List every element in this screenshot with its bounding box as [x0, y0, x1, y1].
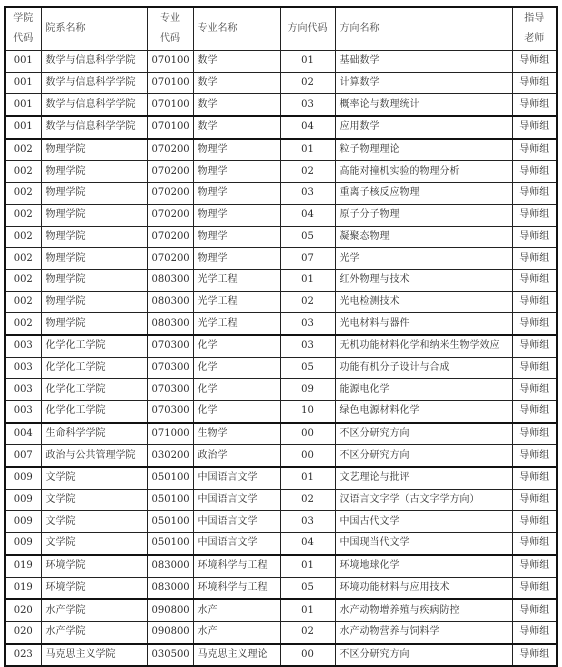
cell-major-code: 070200 [147, 139, 193, 161]
cell-direction-name: 能源电化学 [335, 379, 512, 401]
cell-major-name: 化学 [193, 335, 280, 357]
cell-major-code: 070100 [147, 72, 193, 94]
cell-major-code: 080300 [147, 269, 193, 291]
table-row: 002物理学院070200物理学03重离子核反应物理导师组 [5, 183, 557, 205]
cell-school-code: 009 [5, 533, 41, 555]
cell-school-code: 001 [5, 51, 41, 73]
cell-school-code: 003 [5, 357, 41, 379]
cell-direction-name: 光电检测技术 [335, 291, 512, 313]
cell-major-code: 070200 [147, 183, 193, 205]
cell-major-name: 物理学 [193, 139, 280, 161]
cell-major-code: 050100 [147, 489, 193, 511]
cell-school-code: 002 [5, 248, 41, 270]
cell-major-name: 物理学 [193, 161, 280, 183]
cell-major-code: 090800 [147, 599, 193, 621]
cell-school-code: 003 [5, 379, 41, 401]
cell-major-code: 070300 [147, 335, 193, 357]
table-row: 001数学与信息科学学院070100数学03概率论与数理统计导师组 [5, 94, 557, 116]
cell-major-name: 生物学 [193, 423, 280, 445]
cell-major-name: 数学 [193, 94, 280, 116]
cell-direction-code: 03 [280, 511, 335, 533]
cell-direction-name: 功能有机分子设计与合成 [335, 357, 512, 379]
cell-direction-code: 02 [280, 621, 335, 643]
cell-school-name: 生命科学学院 [41, 423, 147, 445]
header-direction-name: 方向名称 [335, 7, 512, 51]
cell-major-code: 070200 [147, 226, 193, 248]
cell-major-name: 环境科学与工程 [193, 555, 280, 577]
cell-school-code: 003 [5, 401, 41, 423]
cell-school-code: 002 [5, 313, 41, 335]
cell-direction-code: 00 [280, 644, 335, 667]
cell-advisor: 导师组 [512, 139, 557, 161]
header-advisor: 指导 老师 [512, 7, 557, 51]
cell-major-name: 马克思主义理论 [193, 644, 280, 667]
cell-major-code: 030500 [147, 644, 193, 667]
table-row: 001数学与信息科学学院070100数学02计算数学导师组 [5, 72, 557, 94]
cell-major-name: 政治学 [193, 445, 280, 467]
table-row: 019环境学院083000环境科学与工程01环境地球化学导师组 [5, 555, 557, 577]
header-school-code-line2: 代码 [13, 33, 33, 44]
cell-direction-code: 01 [280, 269, 335, 291]
cell-direction-code: 02 [280, 72, 335, 94]
header-school-code-line1: 学院 [13, 13, 33, 24]
cell-school-name: 物理学院 [41, 226, 147, 248]
cell-direction-name: 不区分研究方向 [335, 423, 512, 445]
cell-direction-name: 基础数学 [335, 51, 512, 73]
table-body: 001数学与信息科学学院070100数学01基础数学导师组001数学与信息科学学… [5, 51, 557, 667]
table-row: 023马克思主义学院030500马克思主义理论00不区分研究方向导师组 [5, 644, 557, 667]
cell-advisor: 导师组 [512, 161, 557, 183]
cell-direction-code: 07 [280, 248, 335, 270]
cell-direction-code: 02 [280, 489, 335, 511]
table-row: 003化学化工学院070300化学10绿色电源材料化学导师组 [5, 401, 557, 423]
header-major-code: 专业 代码 [147, 7, 193, 51]
cell-major-code: 083000 [147, 555, 193, 577]
cell-direction-code: 02 [280, 291, 335, 313]
cell-direction-name: 水产动物增养殖与疾病防控 [335, 599, 512, 621]
cell-school-name: 数学与信息科学学院 [41, 94, 147, 116]
cell-school-code: 007 [5, 445, 41, 467]
cell-school-code: 002 [5, 269, 41, 291]
cell-major-name: 中国语言文学 [193, 511, 280, 533]
cell-school-name: 化学化工学院 [41, 401, 147, 423]
cell-school-name: 化学化工学院 [41, 379, 147, 401]
cell-direction-code: 01 [280, 139, 335, 161]
cell-direction-name: 高能对撞机实验的物理分析 [335, 161, 512, 183]
cell-school-code: 020 [5, 621, 41, 643]
cell-advisor: 导师组 [512, 94, 557, 116]
cell-major-name: 环境科学与工程 [193, 577, 280, 599]
table-row: 003化学化工学院070300化学03无机功能材料化学和纳米生物学效应导师组 [5, 335, 557, 357]
cell-direction-name: 重离子核反应物理 [335, 183, 512, 205]
cell-direction-name: 环境功能材料与应用技术 [335, 577, 512, 599]
cell-major-name: 化学 [193, 379, 280, 401]
cell-advisor: 导师组 [512, 489, 557, 511]
cell-school-name: 物理学院 [41, 248, 147, 270]
cell-major-code: 070300 [147, 357, 193, 379]
header-direction-code: 方向代码 [280, 7, 335, 51]
cell-direction-code: 03 [280, 335, 335, 357]
table-row: 002物理学院070200物理学01粒子物理理论导师组 [5, 139, 557, 161]
cell-school-code: 019 [5, 577, 41, 599]
cell-direction-name: 凝聚态物理 [335, 226, 512, 248]
cell-major-code: 050100 [147, 511, 193, 533]
header-school-name: 院系名称 [41, 7, 147, 51]
table-row: 019环境学院083000环境科学与工程05环境功能材料与应用技术导师组 [5, 577, 557, 599]
cell-direction-code: 04 [280, 533, 335, 555]
cell-major-name: 化学 [193, 401, 280, 423]
cell-school-name: 马克思主义学院 [41, 644, 147, 667]
cell-school-code: 020 [5, 599, 41, 621]
cell-school-name: 化学化工学院 [41, 335, 147, 357]
cell-major-code: 050100 [147, 533, 193, 555]
cell-major-name: 数学 [193, 116, 280, 139]
table-header: 学院 代码 院系名称 专业 代码 专业名称 方向代码 方向名称 指导 老师 [5, 7, 557, 51]
cell-major-name: 水产 [193, 599, 280, 621]
cell-direction-name: 概率论与数理统计 [335, 94, 512, 116]
cell-advisor: 导师组 [512, 467, 557, 489]
table-row: 002物理学院080300光学工程03光电材料与器件导师组 [5, 313, 557, 335]
cell-direction-code: 04 [280, 116, 335, 139]
table-row: 003化学化工学院070300化学05功能有机分子设计与合成导师组 [5, 357, 557, 379]
cell-direction-name: 原子分子物理 [335, 204, 512, 226]
cell-direction-name: 光电材料与器件 [335, 313, 512, 335]
cell-direction-name: 汉语言文字学（古文字学方向） [335, 489, 512, 511]
cell-direction-code: 03 [280, 313, 335, 335]
cell-advisor: 导师组 [512, 445, 557, 467]
cell-school-name: 物理学院 [41, 204, 147, 226]
cell-advisor: 导师组 [512, 183, 557, 205]
header-major-name: 专业名称 [193, 7, 280, 51]
cell-school-name: 环境学院 [41, 577, 147, 599]
cell-school-code: 009 [5, 489, 41, 511]
cell-school-name: 物理学院 [41, 161, 147, 183]
cell-direction-name: 中国现当代文学 [335, 533, 512, 555]
cell-direction-name: 绿色电源材料化学 [335, 401, 512, 423]
cell-school-code: 009 [5, 467, 41, 489]
cell-school-code: 002 [5, 139, 41, 161]
cell-direction-code: 05 [280, 357, 335, 379]
table-row: 002物理学院070200物理学05凝聚态物理导师组 [5, 226, 557, 248]
header-school-code: 学院 代码 [5, 7, 41, 51]
cell-advisor: 导师组 [512, 291, 557, 313]
cell-direction-name: 文艺理论与批评 [335, 467, 512, 489]
cell-direction-code: 01 [280, 599, 335, 621]
cell-school-name: 数学与信息科学学院 [41, 116, 147, 139]
cell-major-code: 030200 [147, 445, 193, 467]
cell-direction-name: 粒子物理理论 [335, 139, 512, 161]
cell-direction-code: 03 [280, 94, 335, 116]
cell-advisor: 导师组 [512, 313, 557, 335]
cell-advisor: 导师组 [512, 401, 557, 423]
cell-direction-code: 03 [280, 183, 335, 205]
cell-direction-name: 光学 [335, 248, 512, 270]
cell-advisor: 导师组 [512, 51, 557, 73]
cell-school-code: 002 [5, 226, 41, 248]
cell-direction-name: 不区分研究方向 [335, 644, 512, 667]
cell-direction-code: 01 [280, 555, 335, 577]
cell-major-name: 中国语言文学 [193, 467, 280, 489]
cell-school-name: 文学院 [41, 533, 147, 555]
table-row: 020水产学院090800水产02水产动物营养与饲料学导师组 [5, 621, 557, 643]
cell-advisor: 导师组 [512, 423, 557, 445]
cell-advisor: 导师组 [512, 644, 557, 667]
cell-school-name: 文学院 [41, 511, 147, 533]
cell-major-name: 光学工程 [193, 313, 280, 335]
cell-direction-name: 不区分研究方向 [335, 445, 512, 467]
cell-direction-name: 中国古代文学 [335, 511, 512, 533]
cell-direction-code: 01 [280, 467, 335, 489]
cell-direction-code: 00 [280, 423, 335, 445]
cell-major-code: 070200 [147, 248, 193, 270]
cell-school-code: 001 [5, 94, 41, 116]
cell-major-name: 物理学 [193, 204, 280, 226]
cell-school-code: 001 [5, 116, 41, 139]
cell-major-code: 050100 [147, 467, 193, 489]
cell-direction-code: 05 [280, 577, 335, 599]
table-row: 009文学院050100中国语言文学04中国现当代文学导师组 [5, 533, 557, 555]
cell-major-code: 070200 [147, 161, 193, 183]
cell-major-name: 光学工程 [193, 269, 280, 291]
cell-school-name: 文学院 [41, 489, 147, 511]
cell-major-name: 中国语言文学 [193, 489, 280, 511]
cell-direction-name: 计算数学 [335, 72, 512, 94]
cell-advisor: 导师组 [512, 72, 557, 94]
table-row: 004生命科学学院071000生物学00不区分研究方向导师组 [5, 423, 557, 445]
cell-direction-code: 01 [280, 51, 335, 73]
cell-advisor: 导师组 [512, 511, 557, 533]
cell-major-name: 化学 [193, 357, 280, 379]
cell-advisor: 导师组 [512, 621, 557, 643]
cell-school-name: 环境学院 [41, 555, 147, 577]
cell-advisor: 导师组 [512, 335, 557, 357]
cell-major-name: 水产 [193, 621, 280, 643]
table-row: 002物理学院070200物理学04原子分子物理导师组 [5, 204, 557, 226]
table-row: 009文学院050100中国语言文学03中国古代文学导师组 [5, 511, 557, 533]
cell-direction-code: 05 [280, 226, 335, 248]
header-major-code-line2: 代码 [160, 33, 180, 44]
cell-school-name: 化学化工学院 [41, 357, 147, 379]
table-row: 020水产学院090800水产01水产动物增养殖与疾病防控导师组 [5, 599, 557, 621]
cell-advisor: 导师组 [512, 226, 557, 248]
cell-advisor: 导师组 [512, 379, 557, 401]
cell-school-name: 物理学院 [41, 183, 147, 205]
cell-advisor: 导师组 [512, 269, 557, 291]
cell-school-name: 水产学院 [41, 621, 147, 643]
table-row: 002物理学院080300光学工程01红外物理与技术导师组 [5, 269, 557, 291]
table-row: 003化学化工学院070300化学09能源电化学导师组 [5, 379, 557, 401]
cell-advisor: 导师组 [512, 116, 557, 139]
cell-direction-code: 09 [280, 379, 335, 401]
cell-major-code: 070300 [147, 401, 193, 423]
table-row: 001数学与信息科学学院070100数学01基础数学导师组 [5, 51, 557, 73]
header-advisor-line2: 老师 [524, 33, 544, 44]
header-advisor-line1: 指导 [524, 13, 544, 24]
cell-direction-code: 10 [280, 401, 335, 423]
cell-major-code: 070200 [147, 204, 193, 226]
cell-advisor: 导师组 [512, 599, 557, 621]
cell-major-code: 070100 [147, 51, 193, 73]
cell-direction-code: 02 [280, 161, 335, 183]
cell-school-name: 物理学院 [41, 313, 147, 335]
cell-school-code: 003 [5, 335, 41, 357]
cell-school-code: 019 [5, 555, 41, 577]
cell-major-code: 090800 [147, 621, 193, 643]
cell-school-name: 物理学院 [41, 269, 147, 291]
cell-school-name: 文学院 [41, 467, 147, 489]
table-row: 002物理学院080300光学工程02光电检测技术导师组 [5, 291, 557, 313]
cell-school-name: 水产学院 [41, 599, 147, 621]
cell-direction-name: 红外物理与技术 [335, 269, 512, 291]
cell-major-code: 070300 [147, 379, 193, 401]
cell-school-name: 物理学院 [41, 139, 147, 161]
enrollment-directions-table: 学院 代码 院系名称 专业 代码 专业名称 方向代码 方向名称 指导 老师 00… [4, 6, 558, 667]
cell-major-name: 数学 [193, 51, 280, 73]
cell-school-code: 002 [5, 161, 41, 183]
cell-major-code: 070100 [147, 94, 193, 116]
cell-school-code: 002 [5, 183, 41, 205]
cell-major-code: 080300 [147, 291, 193, 313]
table-row: 009文学院050100中国语言文学02汉语言文字学（古文字学方向）导师组 [5, 489, 557, 511]
cell-direction-name: 环境地球化学 [335, 555, 512, 577]
cell-school-code: 002 [5, 291, 41, 313]
cell-major-name: 物理学 [193, 226, 280, 248]
cell-major-code: 080300 [147, 313, 193, 335]
cell-advisor: 导师组 [512, 357, 557, 379]
cell-direction-name: 应用数学 [335, 116, 512, 139]
cell-major-code: 083000 [147, 577, 193, 599]
cell-direction-code: 00 [280, 445, 335, 467]
header-major-code-line1: 专业 [160, 13, 180, 24]
table-row: 001数学与信息科学学院070100数学04应用数学导师组 [5, 116, 557, 139]
table-row: 002物理学院070200物理学02高能对撞机实验的物理分析导师组 [5, 161, 557, 183]
cell-direction-name: 无机功能材料化学和纳米生物学效应 [335, 335, 512, 357]
cell-major-name: 物理学 [193, 183, 280, 205]
cell-direction-code: 04 [280, 204, 335, 226]
cell-advisor: 导师组 [512, 248, 557, 270]
cell-school-code: 023 [5, 644, 41, 667]
cell-school-name: 政治与公共管理学院 [41, 445, 147, 467]
cell-direction-name: 水产动物营养与饲料学 [335, 621, 512, 643]
cell-major-code: 070100 [147, 116, 193, 139]
cell-school-code: 001 [5, 72, 41, 94]
cell-school-name: 数学与信息科学学院 [41, 51, 147, 73]
cell-major-name: 光学工程 [193, 291, 280, 313]
cell-major-name: 物理学 [193, 248, 280, 270]
cell-school-name: 物理学院 [41, 291, 147, 313]
cell-advisor: 导师组 [512, 204, 557, 226]
cell-school-code: 004 [5, 423, 41, 445]
cell-advisor: 导师组 [512, 533, 557, 555]
cell-major-name: 数学 [193, 72, 280, 94]
cell-major-name: 中国语言文学 [193, 533, 280, 555]
cell-advisor: 导师组 [512, 577, 557, 599]
table-row: 007政治与公共管理学院030200政治学00不区分研究方向导师组 [5, 445, 557, 467]
cell-advisor: 导师组 [512, 555, 557, 577]
table-row: 009文学院050100中国语言文学01文艺理论与批评导师组 [5, 467, 557, 489]
cell-school-code: 002 [5, 204, 41, 226]
cell-school-code: 009 [5, 511, 41, 533]
cell-school-name: 数学与信息科学学院 [41, 72, 147, 94]
table-row: 002物理学院070200物理学07光学导师组 [5, 248, 557, 270]
cell-major-code: 071000 [147, 423, 193, 445]
